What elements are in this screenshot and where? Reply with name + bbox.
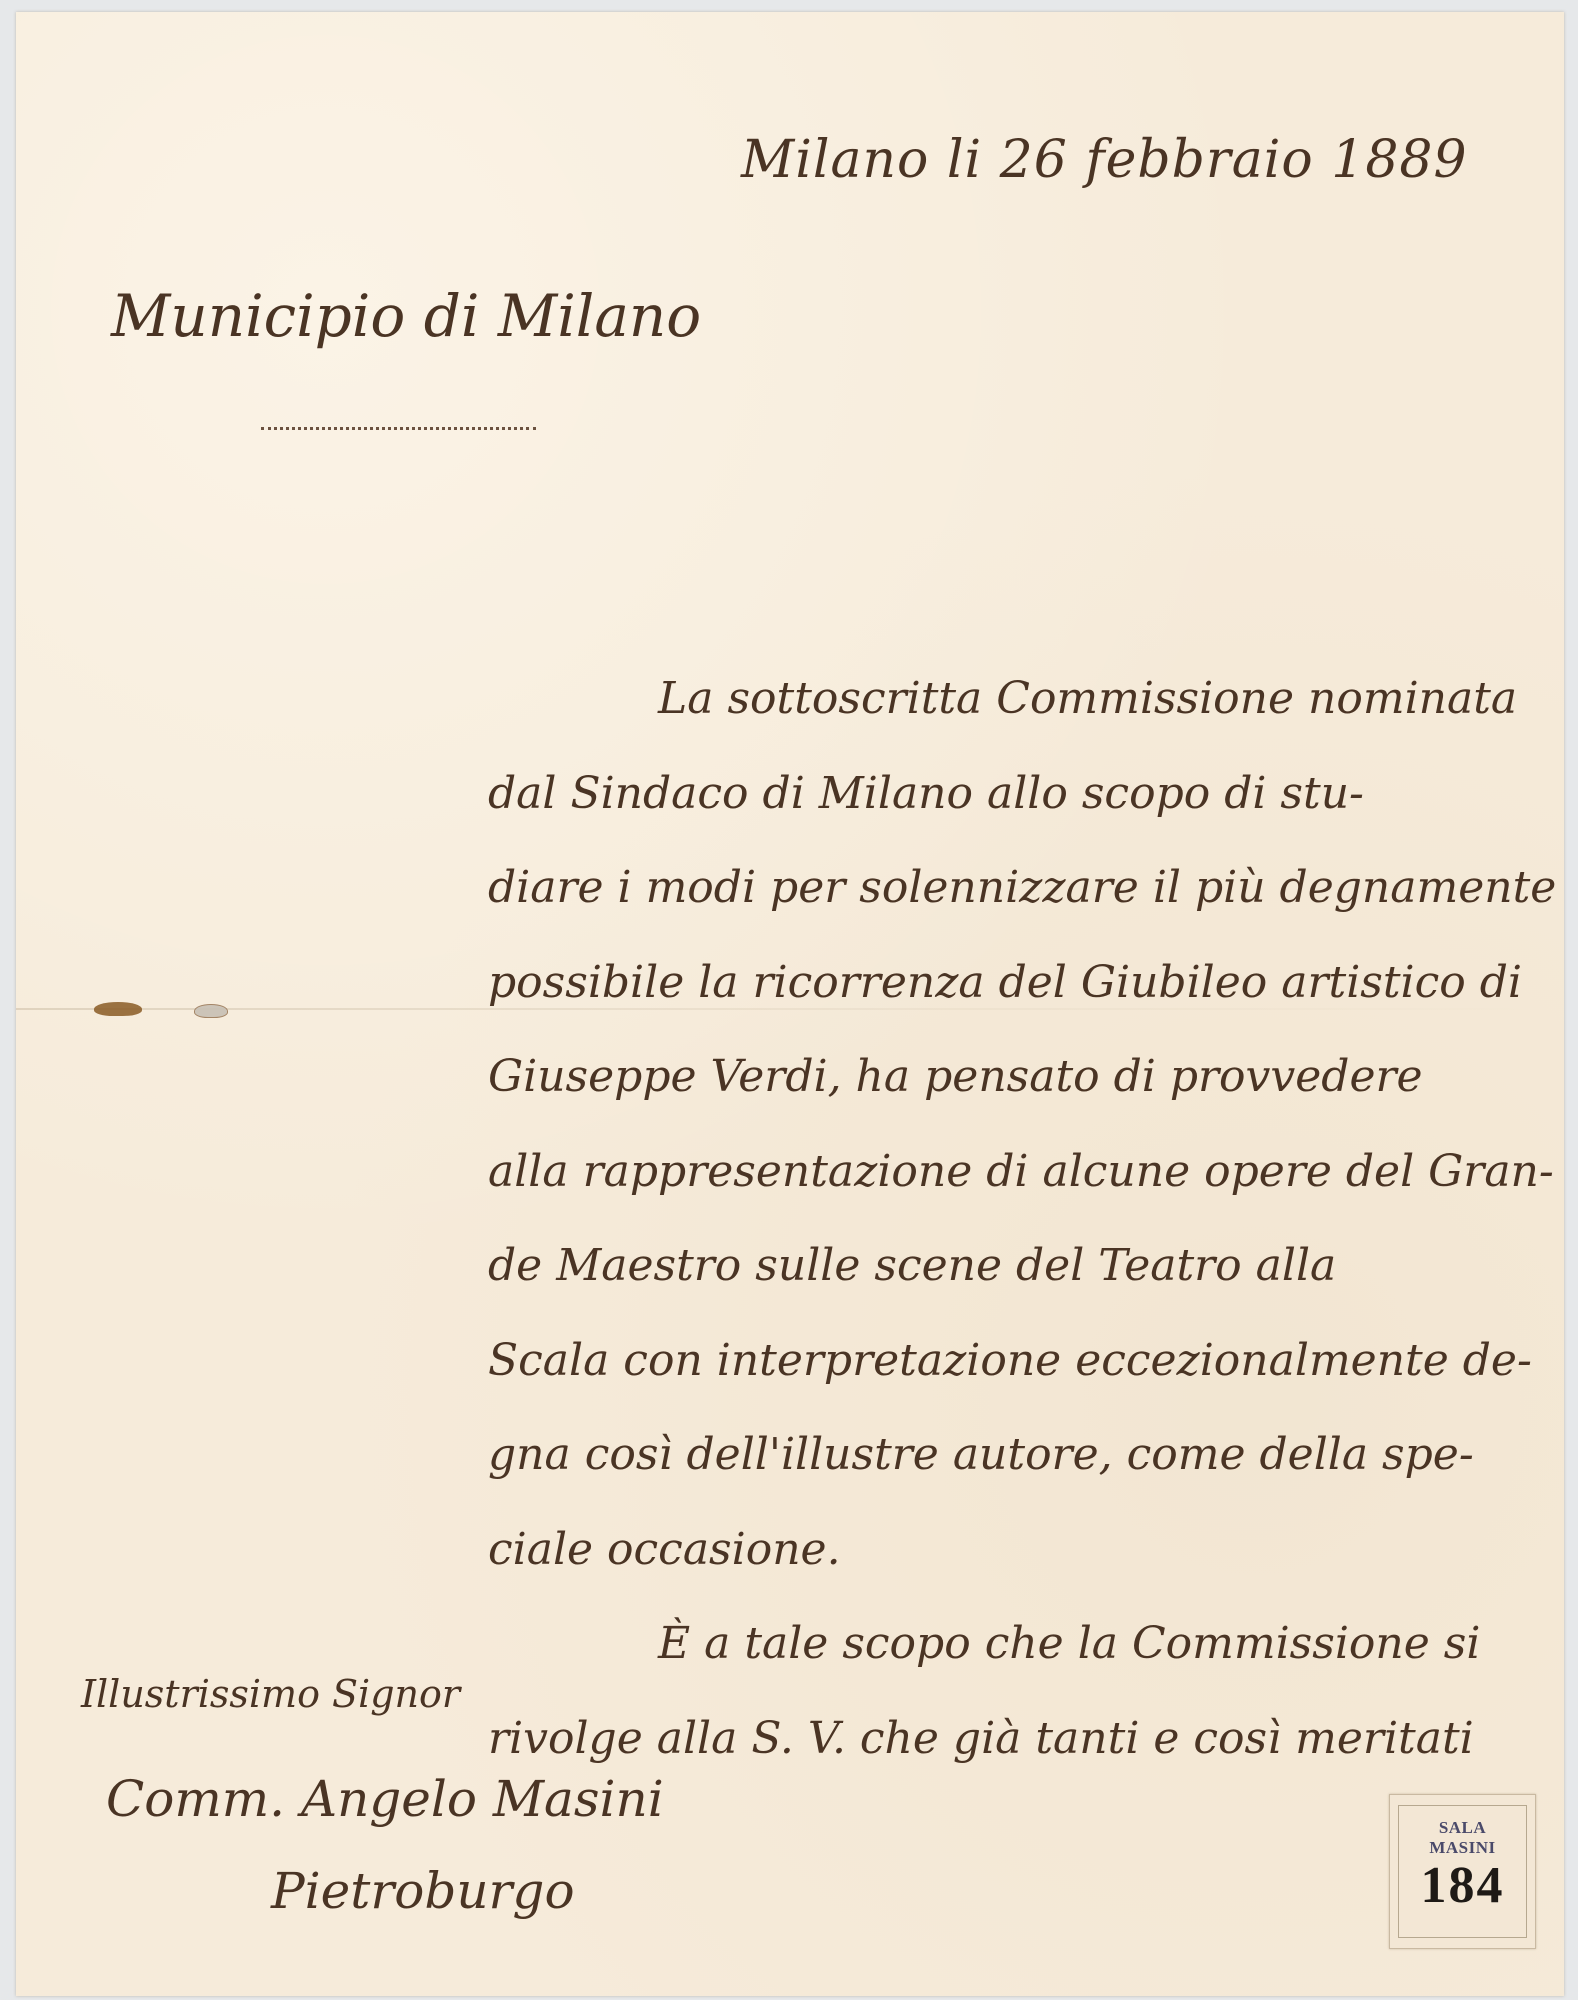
body-line: ciale occasione.: [488, 1503, 1568, 1598]
archive-label-number: 184: [1399, 1858, 1526, 1914]
body-line: de Maestro sulle scene del Teatro alla: [488, 1219, 1568, 1314]
body-line: gna così dell'illustre autore, come dell…: [488, 1408, 1568, 1503]
body-line: diare i modi per solennizzare il più deg…: [488, 841, 1568, 936]
body-line: alla rappresentazione di alcune opere de…: [488, 1125, 1568, 1220]
archive-label-line1: SALA: [1399, 1818, 1526, 1838]
body-line: Giuseppe Verdi, ha pensato di provvedere: [488, 1030, 1568, 1125]
body-line: dal Sindaco di Milano allo scopo di stu-: [488, 747, 1568, 842]
ink-stain: [94, 1002, 142, 1016]
addressee-city: Pietroburgo: [271, 1862, 575, 1920]
letterhead-divider: [261, 427, 536, 430]
letter-body: La sottoscritta Commissione nominata dal…: [488, 652, 1568, 1786]
addressee-name: Comm. Angelo Masini: [106, 1770, 664, 1828]
body-line: Scala con interpretazione eccezionalment…: [488, 1314, 1568, 1409]
body-line: possibile la ricorrenza del Giubileo art…: [488, 936, 1568, 1031]
letter-sheet: Milano li 26 febbraio 1889 Municipio di …: [16, 12, 1564, 1996]
body-line: La sottoscritta Commissione nominata: [488, 652, 1568, 747]
date-line: Milano li 26 febbraio 1889: [741, 130, 1468, 190]
body-line: È a tale scopo che la Commissione si: [488, 1597, 1568, 1692]
addressee-salutation: Illustrissimo Signor: [81, 1672, 460, 1716]
archive-label-line2: MASINI: [1399, 1838, 1526, 1858]
paper-stain: [194, 1004, 228, 1018]
letterhead: Municipio di Milano: [111, 282, 701, 350]
archive-label: SALA MASINI 184: [1389, 1794, 1536, 1949]
